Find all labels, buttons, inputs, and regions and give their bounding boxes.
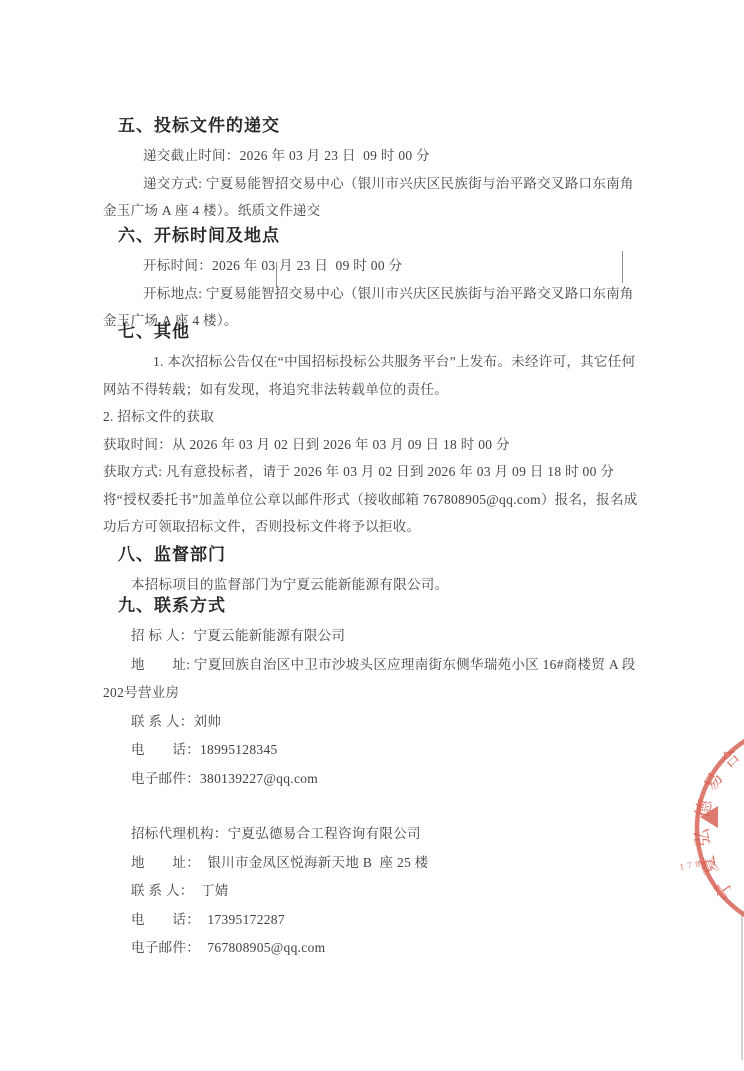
submission-method-line: 递交方式: 宁夏易能智招交易中心（银川市兴庆区民族街与治平路交叉路口东南角金玉广… — [103, 170, 644, 225]
tenderer-contact-line: 联 系 人：刘帅 — [103, 708, 644, 737]
red-seal-stamp: 宁夏弘德易合工程咨询有限公司 17825 — [660, 700, 744, 1000]
agency-email-line: 电子邮件： 767808905@qq.com — [103, 934, 644, 963]
agency-address-line: 地 址： 银川市金凤区悦海新天地 B 座 25 楼 — [103, 849, 644, 878]
section-bid-submission: 五、投标文件的递交 递交截止时间：2026 年 03 月 23 日 09 时 0… — [103, 112, 644, 225]
cursor-artifact-2 — [622, 251, 623, 283]
section-other: 七、其他 1. 本次招标公告仅在“中国招标投标公共服务平台”上发布。未经许可，其… — [103, 318, 644, 541]
submission-deadline-line: 递交截止时间：2026 年 03 月 23 日 09 时 00 分 — [103, 142, 644, 170]
section-heading-contact: 九、联系方式 — [118, 596, 644, 616]
section-contact: 九、联系方式 招 标 人：宁夏云能新能源有限公司 地 址: 宁夏回族自治区中卫市… — [103, 592, 644, 793]
tenderer-address-line: 地 址: 宁夏回族自治区中卫市沙坡头区应理南街东侧华瑞苑小区 16#商楼贸 A … — [103, 651, 644, 708]
agency-phone-line: 电 话： 17395172287 — [103, 906, 644, 935]
tenderer-name-line: 招 标 人：宁夏云能新能源有限公司 — [103, 622, 644, 651]
tenderer-phone-line: 电 话：18995128345 — [103, 736, 644, 765]
other-item-2: 2. 招标文件的获取 — [103, 403, 644, 431]
section-heading-supervision: 八、监督部门 — [118, 545, 644, 565]
agency-org-line: 招标代理机构：宁夏弘德易合工程咨询有限公司 — [103, 820, 644, 849]
section-heading-opening: 六、开标时间及地点 — [118, 226, 644, 246]
obtain-method-line: 获取方式: 凡有意投标者，请于 2026 年 03 月 02 日到 2026 年… — [103, 458, 644, 541]
section-heading-other: 七、其他 — [118, 322, 644, 342]
document-page: 五、投标文件的递交 递交截止时间：2026 年 03 月 23 日 09 时 0… — [0, 0, 744, 1071]
cursor-artifact-1 — [276, 262, 277, 288]
obtain-time-line: 获取时间：从 2026 年 03 月 02 日到 2026 年 03 月 09 … — [103, 431, 644, 459]
tenderer-email-line: 电子邮件：380139227@qq.com — [103, 765, 644, 794]
agency-contact-line: 联 系 人： 丁婧 — [103, 877, 644, 906]
opening-time-line: 开标时间：2026 年 03 月 23 日 09 时 00 分 — [103, 252, 644, 280]
section-heading-submission: 五、投标文件的递交 — [118, 116, 644, 136]
agency-contact-block: 招标代理机构：宁夏弘德易合工程咨询有限公司 地 址： 银川市金凤区悦海新天地 B… — [103, 820, 644, 963]
section-supervision: 八、监督部门 本招标项目的监督部门为宁夏云能新能源有限公司。 — [103, 541, 644, 599]
other-item-1: 1. 本次招标公告仅在“中国招标投标公共服务平台”上发布。未经许可，其它任何网站… — [103, 348, 644, 403]
